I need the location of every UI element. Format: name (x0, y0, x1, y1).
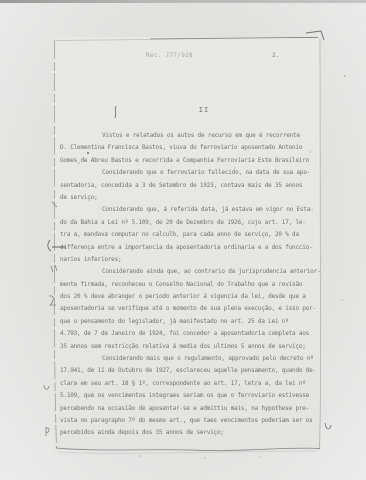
photo-top-edge (0, 0, 366, 3)
typed-line: Vistos e relatados os autos de recurso e… (60, 130, 318, 142)
typed-line: 4.793, de 7 de Janeiro de 1924, foi conc… (60, 328, 318, 340)
typed-line: tra a, mandava computar no calculo, para… (60, 229, 318, 241)
typed-line: Gomes de Abreu Bastos e recorrida a Comp… (60, 155, 318, 167)
section-numeral: II (54, 106, 354, 114)
typed-line: mente firmada, reconheceu o Conselho Nac… (60, 279, 318, 291)
typed-body: Vistos e relatados os autos de recurso e… (60, 130, 318, 440)
process-reference: Rec. 777/928 (146, 52, 193, 59)
typed-line: de serviço; (60, 192, 318, 204)
typed-line: que o pensamento do legislador, já manif… (60, 316, 318, 328)
typed-line: aposentadoria se verifique até o momento… (60, 303, 318, 315)
typed-line: sentadoria, concedida a 3 de Setembro de… (60, 180, 318, 192)
typed-line: Considerando mais que o regulamento, app… (60, 353, 318, 365)
typed-line: 5.109, que os vencimentos integraes seri… (60, 390, 318, 402)
typed-line: do da Bahia a Lei nº 5.109, de 20 de Dez… (60, 217, 318, 229)
typed-line: Considerando que o ferroviario fallecido… (60, 167, 318, 179)
page-number: 2. (272, 52, 279, 59)
typed-line: differença entre a importancia da aposen… (60, 242, 318, 254)
typed-line: Considerando que, á referida data, já es… (60, 204, 318, 216)
document-page: Rec. 777/928 2. II Vistos e relatados os… (54, 37, 321, 450)
typed-line: 17.941, de 11 de Outubro de 1927, esclar… (60, 365, 318, 377)
typed-line: Considerando ainda que, ao contrario da … (60, 266, 318, 278)
typed-line: 35 annos sem restricção relativa á media… (60, 341, 318, 353)
typed-line: D. Clementina Francisca Bastos, viuva do… (60, 142, 318, 154)
typed-line: clara em seu art. 18 § 1º, correspondent… (60, 378, 318, 390)
photograph-background: Rec. 777/928 2. II Vistos e relatados os… (0, 0, 366, 480)
typed-line: percebendo na occasião de aposentar-se e… (60, 403, 318, 415)
typed-line: percebidos ainda depois dos 35 annos de … (60, 427, 318, 439)
typed-line: dos 20 % deve abranger o periodo anterio… (60, 291, 318, 303)
typed-line: vista no paragrapho 7º do mesmo art., qu… (60, 415, 318, 427)
typed-line: narios inferiores; (60, 254, 318, 266)
